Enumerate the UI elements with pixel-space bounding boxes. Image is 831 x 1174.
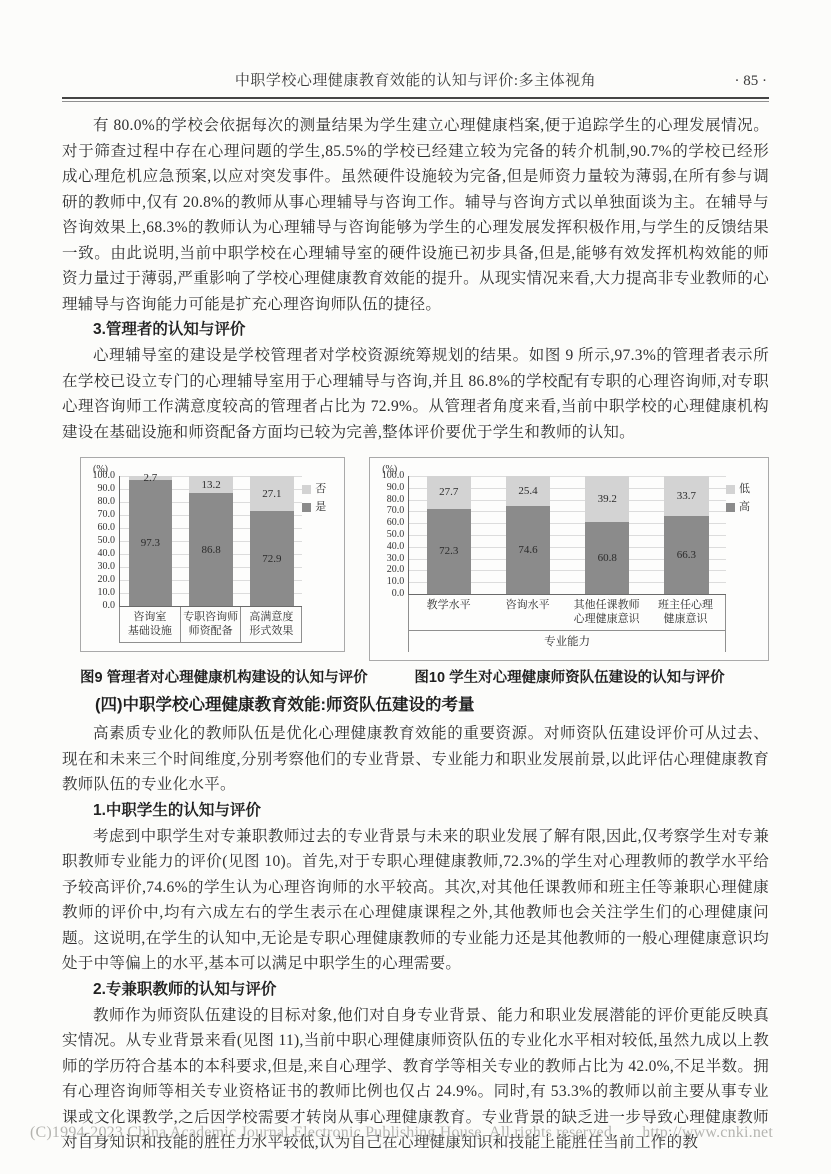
stacked-bar: 74.625.4: [506, 476, 550, 594]
bar-segment-bottom: 74.6: [506, 506, 550, 594]
y-tick-label: 60.0: [98, 522, 116, 534]
category-label-line: 高满意度: [242, 610, 300, 624]
axis-spacer: [372, 631, 408, 652]
legend-swatch: [302, 485, 311, 494]
legend: 低高: [726, 476, 764, 513]
y-axis-unit: (%): [83, 463, 340, 476]
category-label: 班主任心理健康意识: [646, 595, 725, 630]
y-tick-label: 80.0: [387, 494, 405, 506]
paragraph-hardware-findings: 有 80.0%的学校会依据每次的测量结果为学生建立心理健康档案,便于追踪学生的心…: [62, 113, 769, 317]
category-label-line: 咨询室: [121, 610, 179, 624]
stacked-bar: 86.813.2: [189, 476, 233, 606]
bar-value-label: 72.9: [262, 553, 281, 565]
bar-slot: 66.333.7: [647, 476, 726, 594]
category-label-line: 专职咨询师: [182, 610, 240, 624]
bar-segment-top: 27.7: [427, 476, 471, 509]
category-label: 专职咨询师师资配备: [180, 607, 241, 642]
legend-label: 否: [315, 483, 326, 495]
bar-segment-bottom: 60.8: [585, 522, 629, 594]
heading-manager-evaluation: 3.管理者的认知与评价: [62, 317, 769, 343]
y-tick-label: 70.0: [387, 505, 405, 517]
legend-label: 高: [739, 501, 750, 513]
legend: 否是: [302, 476, 340, 513]
bar-segment-bottom: 86.8: [189, 493, 233, 606]
bar-segment-top: 2.7: [129, 476, 173, 480]
y-tick-label: 20.0: [98, 574, 116, 586]
y-tick-label: 80.0: [98, 496, 116, 508]
bar-value-label: 25.4: [518, 485, 537, 497]
bar-segment-top: 33.7: [664, 476, 708, 516]
paragraph-manager-evaluation: 心理辅导室的建设是学校管理者对学校资源统筹规划的结果。如图 9 所示,97.3%…: [62, 343, 769, 445]
running-title: 中职学校心理健康教育效能的认知与评价:多主体视角: [62, 70, 769, 92]
page-header: 中职学校心理健康教育效能的认知与评价:多主体视角 · 85 ·: [62, 70, 769, 92]
legend-spacer: [302, 607, 340, 643]
y-axis: 100.090.080.070.060.050.040.030.020.010.…: [372, 476, 408, 594]
page-content: 中职学校心理健康教育效能的认知与评价:多主体视角 · 85 · 有 80.0%的…: [62, 70, 769, 1156]
bars-layer: 97.32.786.813.272.927.1: [120, 476, 302, 606]
bar-slot: 72.927.1: [241, 476, 302, 606]
category-row: 教学水平咨询水平其他任课教师心理健康意识班主任心理健康意识: [372, 595, 764, 631]
stacked-bar: 97.32.7: [129, 476, 173, 606]
bar-value-label: 33.7: [677, 490, 696, 502]
y-tick-label: 30.0: [98, 561, 116, 573]
legend-item: 是: [302, 501, 340, 513]
category-label-line: 其他任课教师: [568, 598, 645, 612]
category-label-line: 咨询水平: [489, 598, 566, 612]
y-tick-label: 50.0: [98, 535, 116, 547]
bar-value-label: 97.3: [141, 537, 160, 549]
figure9-caption: 图9 管理者对心理健康机构建设的认知与评价: [80, 668, 368, 688]
header-rule: [62, 97, 769, 102]
bar-segment-top: 39.2: [585, 476, 629, 522]
stacked-bar: 72.327.7: [427, 476, 471, 594]
stacked-bar: 66.333.7: [664, 476, 708, 594]
category-axis: 咨询室基础设施专职咨询师师资配备高满意度形式效果: [119, 607, 302, 643]
bar-value-label: 13.2: [201, 479, 220, 491]
stacked-bar: 72.927.1: [250, 476, 294, 606]
bar-segment-bottom: 97.3: [129, 480, 173, 606]
category-label: 高满意度形式效果: [240, 607, 301, 642]
bars-layer: 72.327.774.625.460.839.266.333.7: [409, 476, 726, 594]
figure9-chart: (%)100.090.080.070.060.050.040.030.020.0…: [80, 457, 345, 652]
legend-label: 是: [315, 501, 326, 513]
y-tick-label: 30.0: [387, 553, 405, 565]
paragraph-student-evaluation: 考虑到中职学生对专兼职教师过去的专业背景与未来的职业发展了解有限,因此,仅考察学…: [62, 824, 769, 977]
category-label-line: 教学水平: [410, 598, 487, 612]
y-tick-label: 50.0: [387, 529, 405, 541]
y-tick-label: 40.0: [98, 548, 116, 560]
figures-row: (%)100.090.080.070.060.050.040.030.020.0…: [80, 457, 769, 661]
figure9-caption-wrap: 图9 管理者对心理健康机构建设的认知与评价: [80, 668, 346, 688]
y-tick-label: 100.0: [382, 470, 405, 482]
figure-captions-row: 图9 管理者对心理健康机构建设的认知与评价 图10 学生对心理健康师资队伍建设的…: [80, 668, 769, 688]
legend-swatch: [302, 503, 311, 512]
copyright-footer: (C)1994-2023 China Academic Journal Elec…: [30, 1124, 773, 1142]
bar-value-label: 86.8: [201, 544, 220, 556]
y-axis: 100.090.080.070.060.050.040.030.020.010.…: [83, 476, 119, 606]
y-axis-unit: (%): [372, 463, 764, 476]
y-tick-label: 90.0: [387, 482, 405, 494]
chart-body: 100.090.080.070.060.050.040.030.020.010.…: [83, 476, 340, 607]
bar-slot: 97.32.7: [120, 476, 181, 606]
bar-segment-bottom: 72.3: [427, 509, 471, 594]
heading-student-evaluation: 1.中职学生的认知与评价: [62, 798, 769, 824]
category-label: 教学水平: [409, 595, 488, 630]
heading-section-four: (四)中职学校心理健康教育效能:师资队伍建设的考量: [62, 692, 769, 719]
legend-swatch: [726, 485, 735, 494]
category-label: 咨询室基础设施: [120, 607, 180, 642]
scanned-paper-page: 中职学校心理健康教育效能的认知与评价:多主体视角 · 85 · 有 80.0%的…: [0, 0, 831, 1174]
y-tick-label: 10.0: [387, 576, 405, 588]
bar-value-label: 2.7: [143, 472, 157, 484]
bar-segment-bottom: 72.9: [250, 511, 294, 606]
bar-slot: 72.327.7: [409, 476, 488, 594]
y-tick-label: 0.0: [392, 588, 405, 600]
plot-area: 72.327.774.625.460.839.266.333.7: [408, 476, 726, 595]
category-label-line: 班主任心理: [647, 598, 724, 612]
y-tick-label: 90.0: [98, 483, 116, 495]
category-row: 咨询室基础设施专职咨询师师资配备高满意度形式效果: [83, 607, 340, 643]
y-tick-label: 100.0: [93, 470, 116, 482]
bar-value-label: 39.2: [598, 493, 617, 505]
bar-segment-top: 27.1: [250, 476, 294, 511]
bar-slot: 86.813.2: [181, 476, 242, 606]
category-label: 咨询水平: [488, 595, 567, 630]
y-tick-label: 20.0: [387, 564, 405, 576]
y-tick-label: 10.0: [98, 587, 116, 599]
category-label: 其他任课教师心理健康意识: [567, 595, 646, 630]
legend-item: 高: [726, 501, 764, 513]
x-axis-title-row: 专业能力: [372, 631, 764, 652]
legend-spacer: [726, 595, 764, 631]
bar-value-label: 74.6: [518, 544, 537, 556]
bar-value-label: 27.1: [262, 488, 281, 500]
bar-value-label: 27.7: [439, 486, 458, 498]
legend-swatch: [726, 503, 735, 512]
page-number: · 85 ·: [735, 70, 768, 92]
bar-slot: 74.625.4: [488, 476, 567, 594]
legend-label: 低: [739, 483, 750, 495]
axis-spacer: [83, 607, 119, 643]
cnki-url: http://www.cnki.net: [642, 1124, 773, 1141]
legend-item: 低: [726, 483, 764, 495]
legend-spacer: [726, 631, 764, 652]
figure10-chart: (%)100.090.080.070.060.050.040.030.020.0…: [369, 457, 769, 661]
bar-segment-top: 25.4: [506, 476, 550, 506]
chart-body: 100.090.080.070.060.050.040.030.020.010.…: [372, 476, 764, 595]
category-axis: 教学水平咨询水平其他任课教师心理健康意识班主任心理健康意识: [408, 595, 726, 631]
category-label-line: 心理健康意识: [568, 612, 645, 626]
y-tick-label: 70.0: [98, 509, 116, 521]
bar-segment-bottom: 66.3: [664, 516, 708, 594]
category-label-line: 健康意识: [647, 612, 724, 626]
heading-teacher-evaluation: 2.专兼职教师的认知与评价: [62, 977, 769, 1003]
category-label-line: 基础设施: [121, 624, 179, 638]
legend-item: 否: [302, 483, 340, 495]
figure10-caption-wrap: 图10 学生对心理健康师资队伍建设的认知与评价: [370, 668, 769, 688]
category-label-line: 师资配备: [182, 624, 240, 638]
copyright-text: (C)1994-2023 China Academic Journal Elec…: [30, 1124, 616, 1141]
bar-value-label: 66.3: [677, 549, 696, 561]
plot-area: 97.32.786.813.272.927.1: [119, 476, 302, 607]
category-label-line: 形式效果: [242, 624, 300, 638]
bar-slot: 60.839.2: [568, 476, 647, 594]
bar-value-label: 72.3: [439, 545, 458, 557]
stacked-bar: 60.839.2: [585, 476, 629, 594]
figure10-caption: 图10 学生对心理健康师资队伍建设的认知与评价: [414, 668, 724, 688]
y-tick-label: 0.0: [103, 600, 116, 612]
axis-spacer: [372, 595, 408, 631]
y-tick-label: 40.0: [387, 541, 405, 553]
y-tick-label: 60.0: [387, 517, 405, 529]
bar-segment-top: 13.2: [189, 476, 233, 493]
paragraph-teacher-team-resource: 高素质专业化的教师队伍是优化心理健康教育效能的重要资源。对师资队伍建设评价可从过…: [62, 721, 769, 798]
x-axis-title: 专业能力: [408, 631, 726, 652]
bar-value-label: 60.8: [598, 552, 617, 564]
